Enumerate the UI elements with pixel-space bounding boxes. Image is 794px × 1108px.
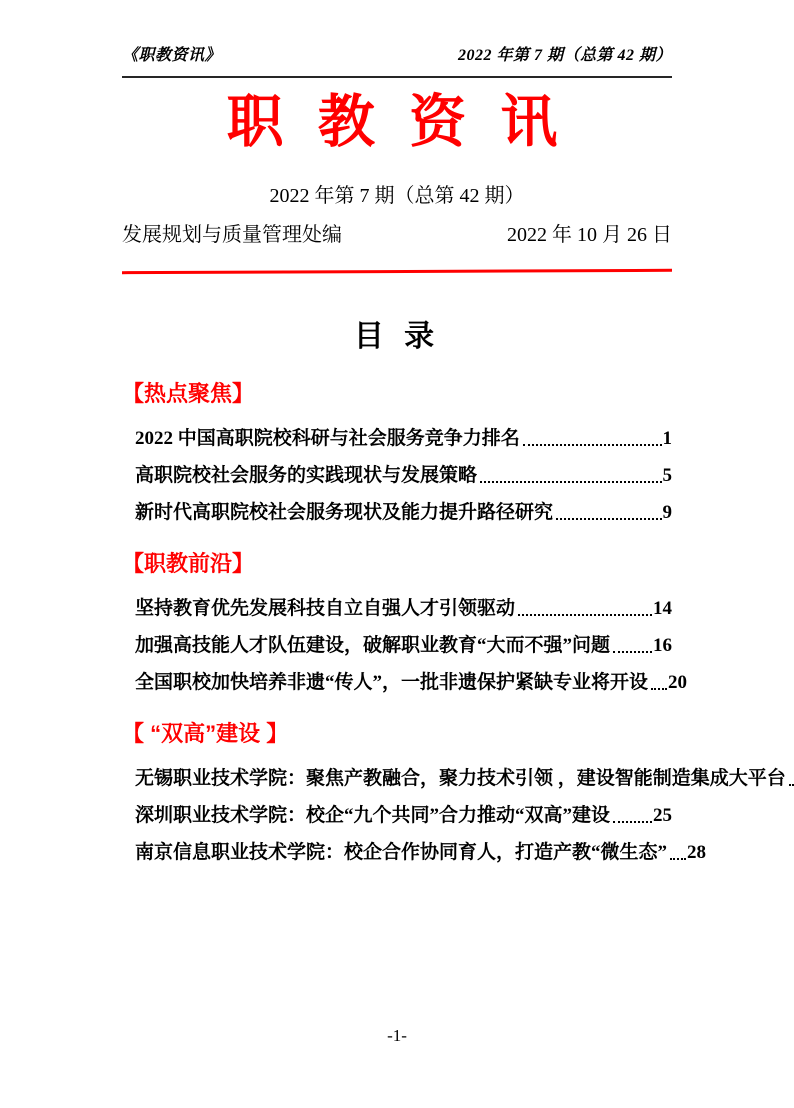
page-number-footer: -1- (0, 1026, 794, 1046)
toc-item[interactable]: 新时代高职院校社会服务现状及能力提升路径研究 9 (135, 501, 672, 525)
dot-leader (670, 858, 686, 860)
toc-item-title: 深圳职业技术学院：校企“九个共同”合力推动“双高”建设 (135, 804, 610, 828)
toc-item-title: 新时代高职院校社会服务现状及能力提升路径研究 (135, 501, 553, 525)
dot-leader (518, 614, 652, 616)
toc-heading: 目 录 (122, 319, 672, 355)
dot-leader (613, 821, 652, 823)
toc-page-number: 5 (663, 464, 673, 488)
toc-item[interactable]: 南京信息职业技术学院：校企合作协同育人，打造产教“微生态” 28 (135, 841, 672, 865)
issue-line: 2022 年第 7 期（总第 42 期） (122, 184, 672, 208)
toc-page-number: 1 (663, 427, 673, 451)
toc-item-title: 无锡职业技术学院：聚焦产教融合，聚力技术引领 ，建设智能制造集成大平台 (135, 767, 786, 791)
page-title: 职 教 资 讯 (122, 90, 672, 156)
toc-item-title: 2022 中国高职院校科研与社会服务竞争力排名 (135, 427, 520, 451)
toc-item-title: 坚持教育优先发展科技自立自强人才引领驱动 (135, 597, 515, 621)
dot-leader (523, 444, 662, 446)
toc-item[interactable]: 高职院校社会服务的实践现状与发展策略 5 (135, 464, 672, 488)
toc-item-title: 加强高技能人才队伍建设，破解职业教育“大而不强”问题 (135, 634, 610, 658)
toc-item[interactable]: 坚持教育优先发展科技自立自强人才引领驱动 14 (135, 597, 672, 621)
editor-row: 发展规划与质量管理处编 2022 年 10 月 26 日 (122, 223, 672, 247)
dot-leader (613, 651, 652, 653)
toc-section-label-hotspot: 【热点聚焦】 (122, 380, 672, 408)
toc-page-number: 28 (687, 841, 706, 865)
toc-section-label-frontier: 【职教前沿】 (122, 550, 672, 578)
running-header-issue: 2022 年第 7 期（总第 42 期） (458, 42, 672, 65)
toc-item[interactable]: 无锡职业技术学院：聚焦产教融合，聚力技术引领 ，建设智能制造集成大平台 22 (135, 767, 672, 791)
dot-leader (480, 481, 661, 483)
editor-name: 发展规划与质量管理处编 (122, 223, 342, 247)
toc-item-title: 全国职校加快培养非遗“传人”，一批非遗保护紧缺专业将开设 (135, 671, 648, 695)
toc-page-number: 25 (653, 804, 672, 828)
toc-item-title: 高职院校社会服务的实践现状与发展策略 (135, 464, 477, 488)
dot-leader (789, 784, 794, 786)
dot-leader (651, 688, 667, 690)
publish-date: 2022 年 10 月 26 日 (507, 223, 672, 247)
toc-item[interactable]: 2022 中国高职院校科研与社会服务竞争力排名 1 (135, 427, 672, 451)
running-header-journal-name: 《职教资讯》 (122, 42, 221, 65)
toc-page-number: 14 (653, 597, 672, 621)
document-page: 《职教资讯》 2022 年第 7 期（总第 42 期） 职 教 资 讯 2022… (0, 0, 794, 1108)
toc-item[interactable]: 加强高技能人才队伍建设，破解职业教育“大而不强”问题 16 (135, 634, 672, 658)
toc-page-number: 20 (668, 671, 687, 695)
toc-item[interactable]: 全国职校加快培养非遗“传人”，一批非遗保护紧缺专业将开设 20 (135, 671, 672, 695)
toc-page-number: 9 (663, 501, 673, 525)
red-divider-rule (122, 269, 672, 274)
toc-section-label-shuanggao: 【 “双高”建设 】 (122, 720, 672, 748)
running-header: 《职教资讯》 2022 年第 7 期（总第 42 期） (122, 0, 672, 78)
toc-page-number: 16 (653, 634, 672, 658)
toc-item-title: 南京信息职业技术学院：校企合作协同育人，打造产教“微生态” (135, 841, 667, 865)
toc-item[interactable]: 深圳职业技术学院：校企“九个共同”合力推动“双高”建设 25 (135, 804, 672, 828)
dot-leader (556, 518, 661, 520)
